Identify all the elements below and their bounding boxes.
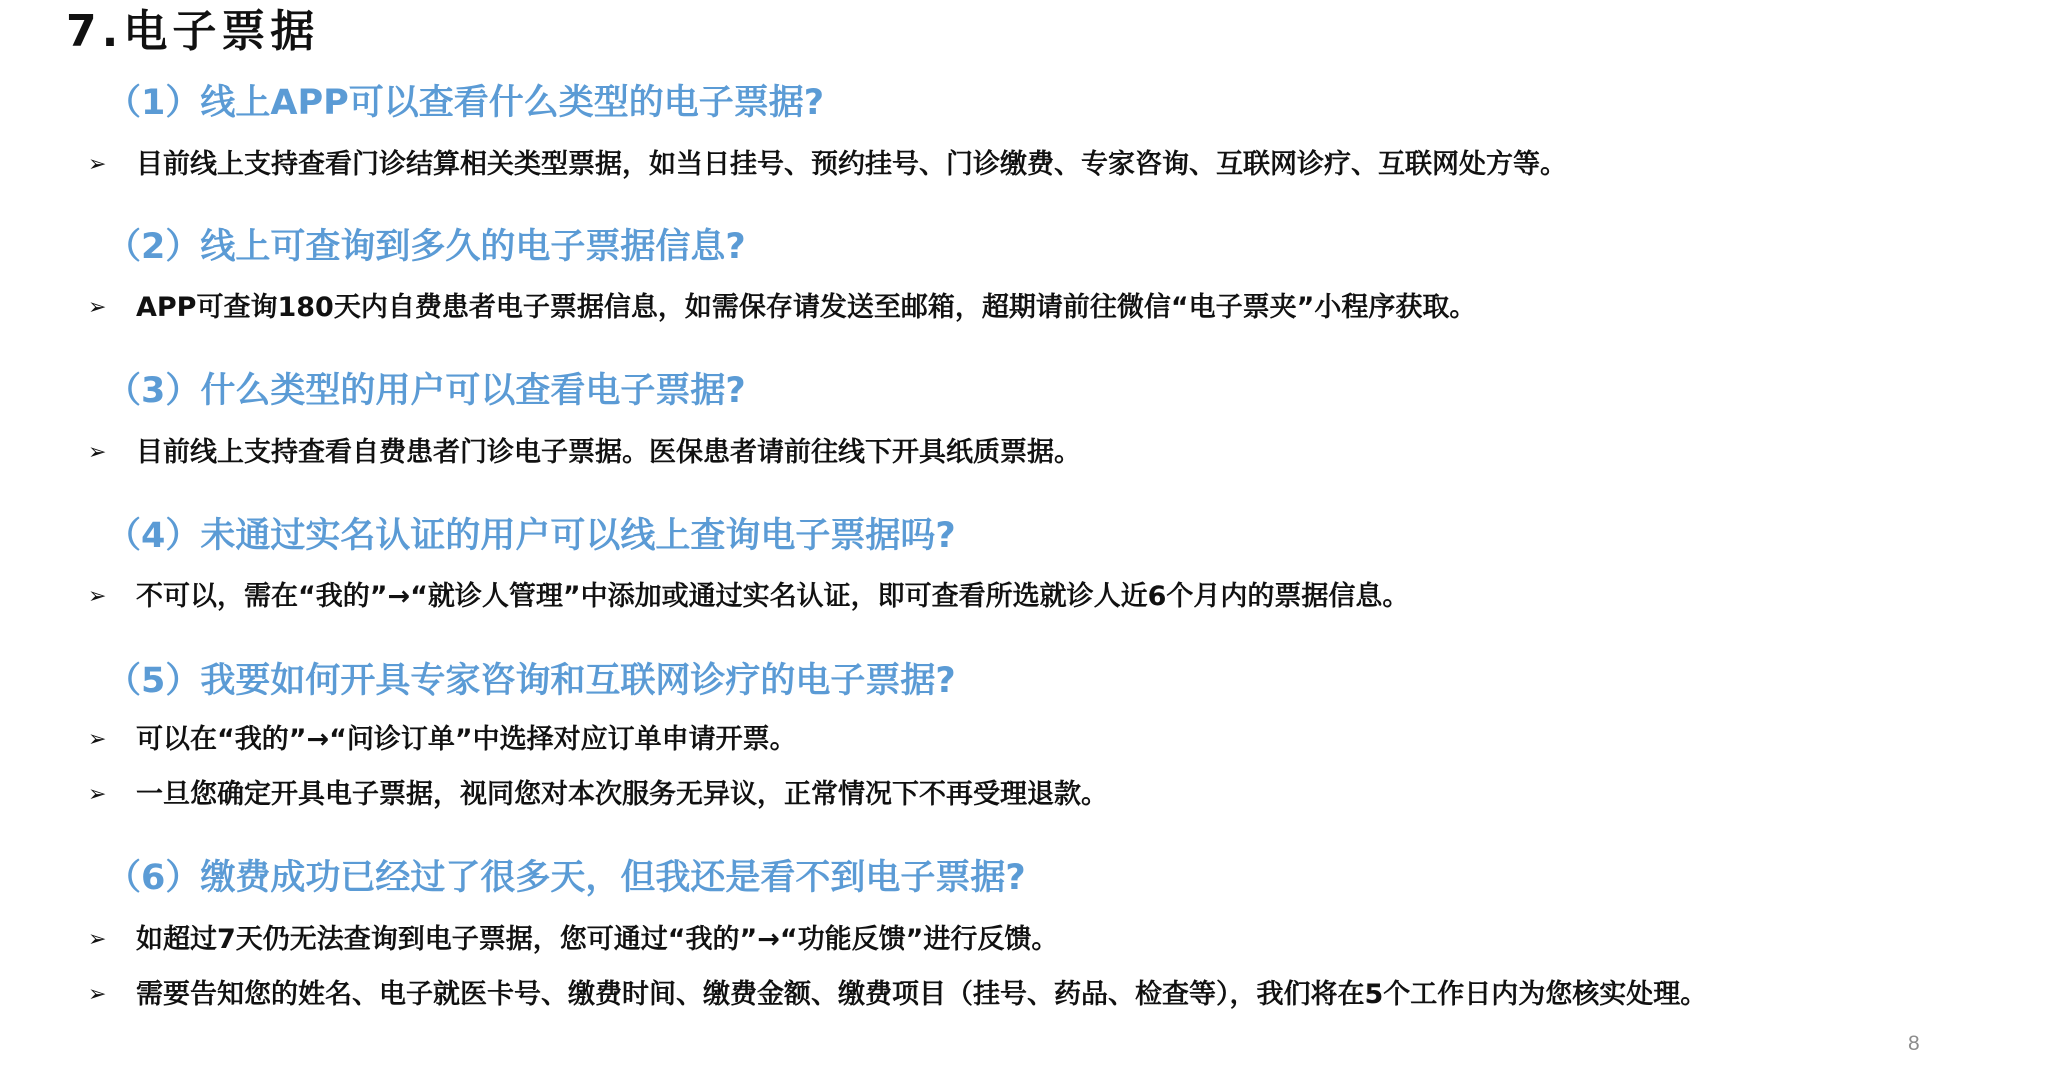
bullet-item: ➢ 需要告知您的姓名、电子就医卡号、缴费时间、缴费金额、缴费项目（挂号、药品、检…: [88, 977, 1707, 1013]
bullet-text: 目前线上支持查看自费患者门诊电子票据。医保患者请前往线下开具纸质票据。: [136, 435, 1081, 471]
section-heading-2: （2）线上可查询到多久的电子票据信息?: [106, 225, 746, 269]
bullet-text: APP可查询180天内自费患者电子票据信息，如需保存请发送至邮箱，超期请前往微信…: [136, 290, 1476, 326]
bullet-text: 一旦您确定开具电子票据，视同您对本次服务无异议，正常情况下不再受理退款。: [136, 777, 1108, 813]
arrowhead-bullet-icon: ➢: [88, 147, 136, 183]
section-heading-4: （4）未通过实名认证的用户可以线上查询电子票据吗?: [106, 514, 956, 558]
arrowhead-bullet-icon: ➢: [88, 579, 136, 615]
bullet-item: ➢ 可以在“我的”→“问诊订单”中选择对应订单申请开票。: [88, 722, 797, 758]
bullet-text: 需要告知您的姓名、电子就医卡号、缴费时间、缴费金额、缴费项目（挂号、药品、检查等…: [136, 977, 1707, 1013]
page-number: 8: [1908, 1031, 1920, 1057]
section-heading-6: （6）缴费成功已经过了很多天，但我还是看不到电子票据?: [106, 856, 1026, 900]
bullet-text: 如超过7天仍无法查询到电子票据，您可通过“我的”→“功能反馈”进行反馈。: [136, 922, 1058, 958]
section-heading-1: （1）线上APP可以查看什么类型的电子票据?: [106, 81, 824, 125]
arrowhead-bullet-icon: ➢: [88, 290, 136, 326]
arrowhead-bullet-icon: ➢: [88, 722, 136, 758]
arrowhead-bullet-icon: ➢: [88, 922, 136, 958]
bullet-text: 可以在“我的”→“问诊订单”中选择对应订单申请开票。: [136, 722, 797, 758]
bullet-item: ➢ APP可查询180天内自费患者电子票据信息，如需保存请发送至邮箱，超期请前往…: [88, 290, 1476, 326]
bullet-item: ➢ 目前线上支持查看自费患者门诊电子票据。医保患者请前往线下开具纸质票据。: [88, 435, 1081, 471]
bullet-item: ➢ 目前线上支持查看门诊结算相关类型票据，如当日挂号、预约挂号、门诊缴费、专家咨…: [88, 147, 1567, 183]
arrowhead-bullet-icon: ➢: [88, 977, 136, 1013]
arrowhead-bullet-icon: ➢: [88, 777, 136, 813]
bullet-text: 目前线上支持查看门诊结算相关类型票据，如当日挂号、预约挂号、门诊缴费、专家咨询、…: [136, 147, 1567, 183]
bullet-item: ➢ 不可以，需在“我的”→“就诊人管理”中添加或通过实名认证，即可查看所选就诊人…: [88, 579, 1409, 615]
slide-title: 7.电子票据: [66, 6, 319, 58]
bullet-item: ➢ 如超过7天仍无法查询到电子票据，您可通过“我的”→“功能反馈”进行反馈。: [88, 922, 1058, 958]
bullet-text: 不可以，需在“我的”→“就诊人管理”中添加或通过实名认证，即可查看所选就诊人近6…: [136, 579, 1409, 615]
arrowhead-bullet-icon: ➢: [88, 435, 136, 471]
bullet-item: ➢ 一旦您确定开具电子票据，视同您对本次服务无异议，正常情况下不再受理退款。: [88, 777, 1108, 813]
section-heading-5: （5）我要如何开具专家咨询和互联网诊疗的电子票据?: [106, 659, 956, 703]
section-heading-3: （3）什么类型的用户可以查看电子票据?: [106, 369, 746, 413]
